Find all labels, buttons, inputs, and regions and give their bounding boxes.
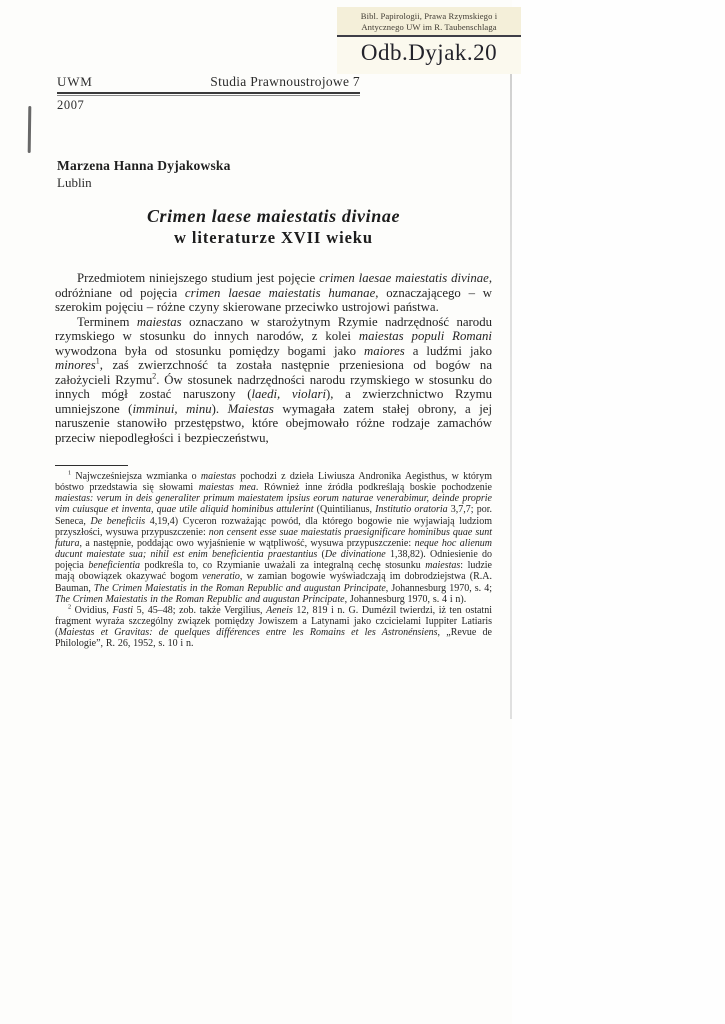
journal-year: 2007 (57, 98, 84, 113)
article-title-line2: w literaturze XVII wieku (55, 228, 492, 248)
footnote-separator-rule (55, 465, 128, 466)
author-block: Marzena Hanna Dyjakowska Lublin (57, 157, 231, 191)
stamp-line1: Bibl. Papirologii, Prawa Rzymskiego i (340, 11, 518, 22)
header-double-rule (57, 92, 360, 96)
author-name: Marzena Hanna Dyjakowska (57, 157, 231, 174)
footnotes-block: 1 Najwcześniejsza wzmianka o maiestas po… (55, 471, 492, 650)
institution-abbrev: UWM (57, 74, 93, 90)
footnote-1: 1 Najwcześniejsza wzmianka o maiestas po… (55, 471, 492, 605)
article-title: Crimen laese maiestatis divinae w litera… (55, 206, 492, 248)
journal-header: UWM Studia Prawnoustrojowe 7 (57, 74, 360, 90)
scan-background-strip (512, 0, 725, 1024)
stamp-line2: Antycznego UW im R. Taubenschlaga (340, 22, 518, 33)
scanned-page: Bibl. Papirologii, Prawa Rzymskiego i An… (0, 0, 725, 1024)
article-title-line1: Crimen laese maiestatis divinae (55, 206, 492, 227)
journal-title: Studia Prawnoustrojowe 7 (210, 74, 360, 90)
body-paragraph-2: Terminem maiestas oznaczano w starożytny… (55, 315, 492, 446)
footnote-2: 2 Ovidius, Fasti 5, 45–48; zob. także Ve… (55, 605, 492, 650)
library-stamp: Bibl. Papirologii, Prawa Rzymskiego i An… (337, 7, 521, 74)
paper-edge-shadow (510, 24, 512, 719)
library-stamp-header: Bibl. Papirologii, Prawa Rzymskiego i An… (337, 7, 521, 37)
stamp-shelf-code: Odb.Dyjak.20 (337, 37, 521, 74)
author-city: Lublin (57, 174, 231, 191)
article-body: Przedmiotem niniejszego studium jest poj… (55, 271, 492, 445)
body-paragraph-1: Przedmiotem niniejszego studium jest poj… (55, 271, 492, 315)
margin-ink-mark (28, 106, 32, 153)
